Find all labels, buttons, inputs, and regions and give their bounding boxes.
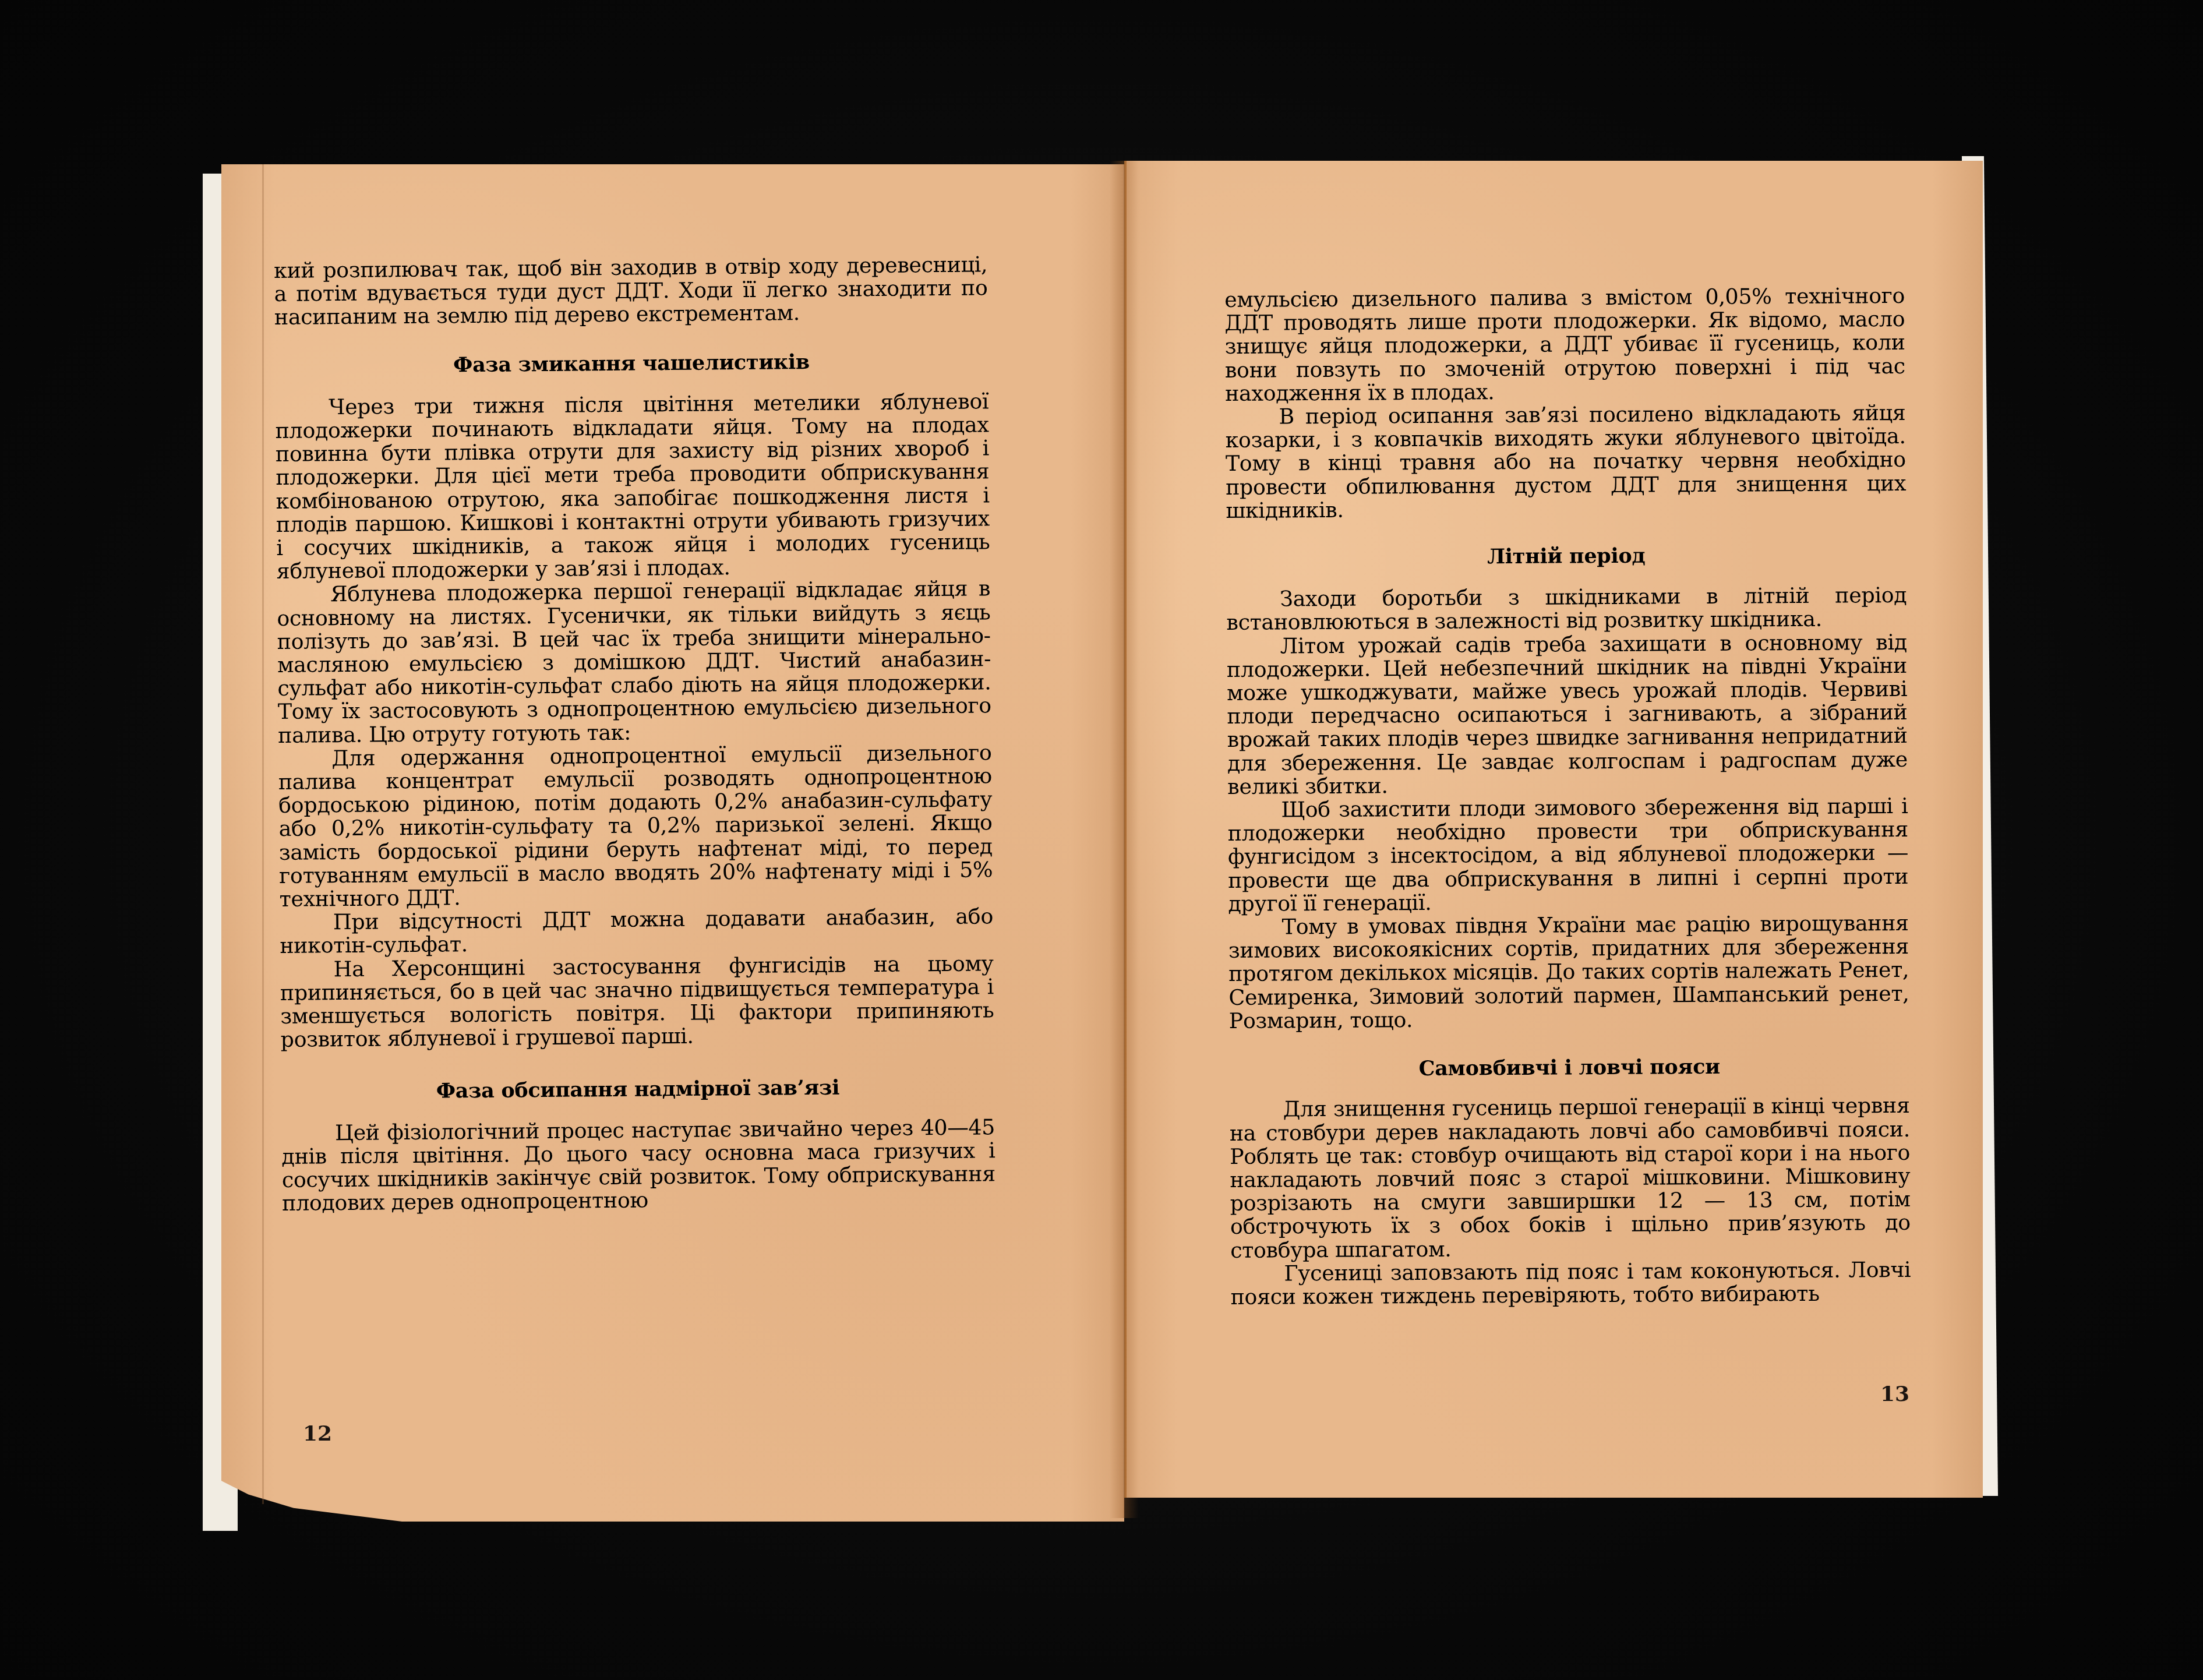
paragraph: Яблунева плодожерка першої генерації від… xyxy=(277,577,991,747)
paragraph: Щоб захистити плоди зимового збереження … xyxy=(1227,795,1908,916)
paragraph: Гусениці заповзають під пояс і там кокон… xyxy=(1230,1258,1911,1310)
paragraph: Через три тижня після цвітіння метелики … xyxy=(275,390,990,583)
book-gutter xyxy=(1110,161,1139,1518)
section-heading: Фаза обсипання надмірної зав’язі xyxy=(281,1075,994,1104)
page-number-left: 12 xyxy=(303,1421,332,1446)
paragraph: Тому в умовах півдня України має рацію в… xyxy=(1228,912,1909,1033)
paragraph: Літом урожай садів треба захищати в осно… xyxy=(1227,630,1908,799)
paragraph: Для одержання однопроцентної емульсії ди… xyxy=(278,741,993,911)
paragraph: На Херсонщині застосування фунгисідів на… xyxy=(280,952,994,1051)
left-page-text: кий розпилювач так, щоб він заходив в от… xyxy=(274,253,995,1215)
page-number-right: 13 xyxy=(1880,1382,1909,1406)
paragraph: В період осипання зав’язі посилено відкл… xyxy=(1225,401,1906,523)
paragraph: кий розпилювач так, щоб він заходив в от… xyxy=(274,253,988,329)
section-heading: Літній період xyxy=(1226,543,1907,570)
paragraph: Заходи боротьби з шкідниками в літній пе… xyxy=(1226,584,1907,635)
section-heading: Самовбивчі і ловчі пояси xyxy=(1229,1054,1909,1082)
paragraph: емульсією дизельного палива з вмістом 0,… xyxy=(1224,284,1905,405)
paragraph: При відсутності ДДТ можна додавати анаба… xyxy=(280,905,994,958)
section-heading: Фаза змикання чашелистиків xyxy=(274,349,988,379)
paragraph: Цей фізіологічний процес наступає звичай… xyxy=(281,1116,995,1215)
right-page-text: емульсією дизельного палива з вмістом 0,… xyxy=(1224,284,1911,1309)
paragraph: Для знищення гусениць першої генерації в… xyxy=(1229,1094,1911,1262)
